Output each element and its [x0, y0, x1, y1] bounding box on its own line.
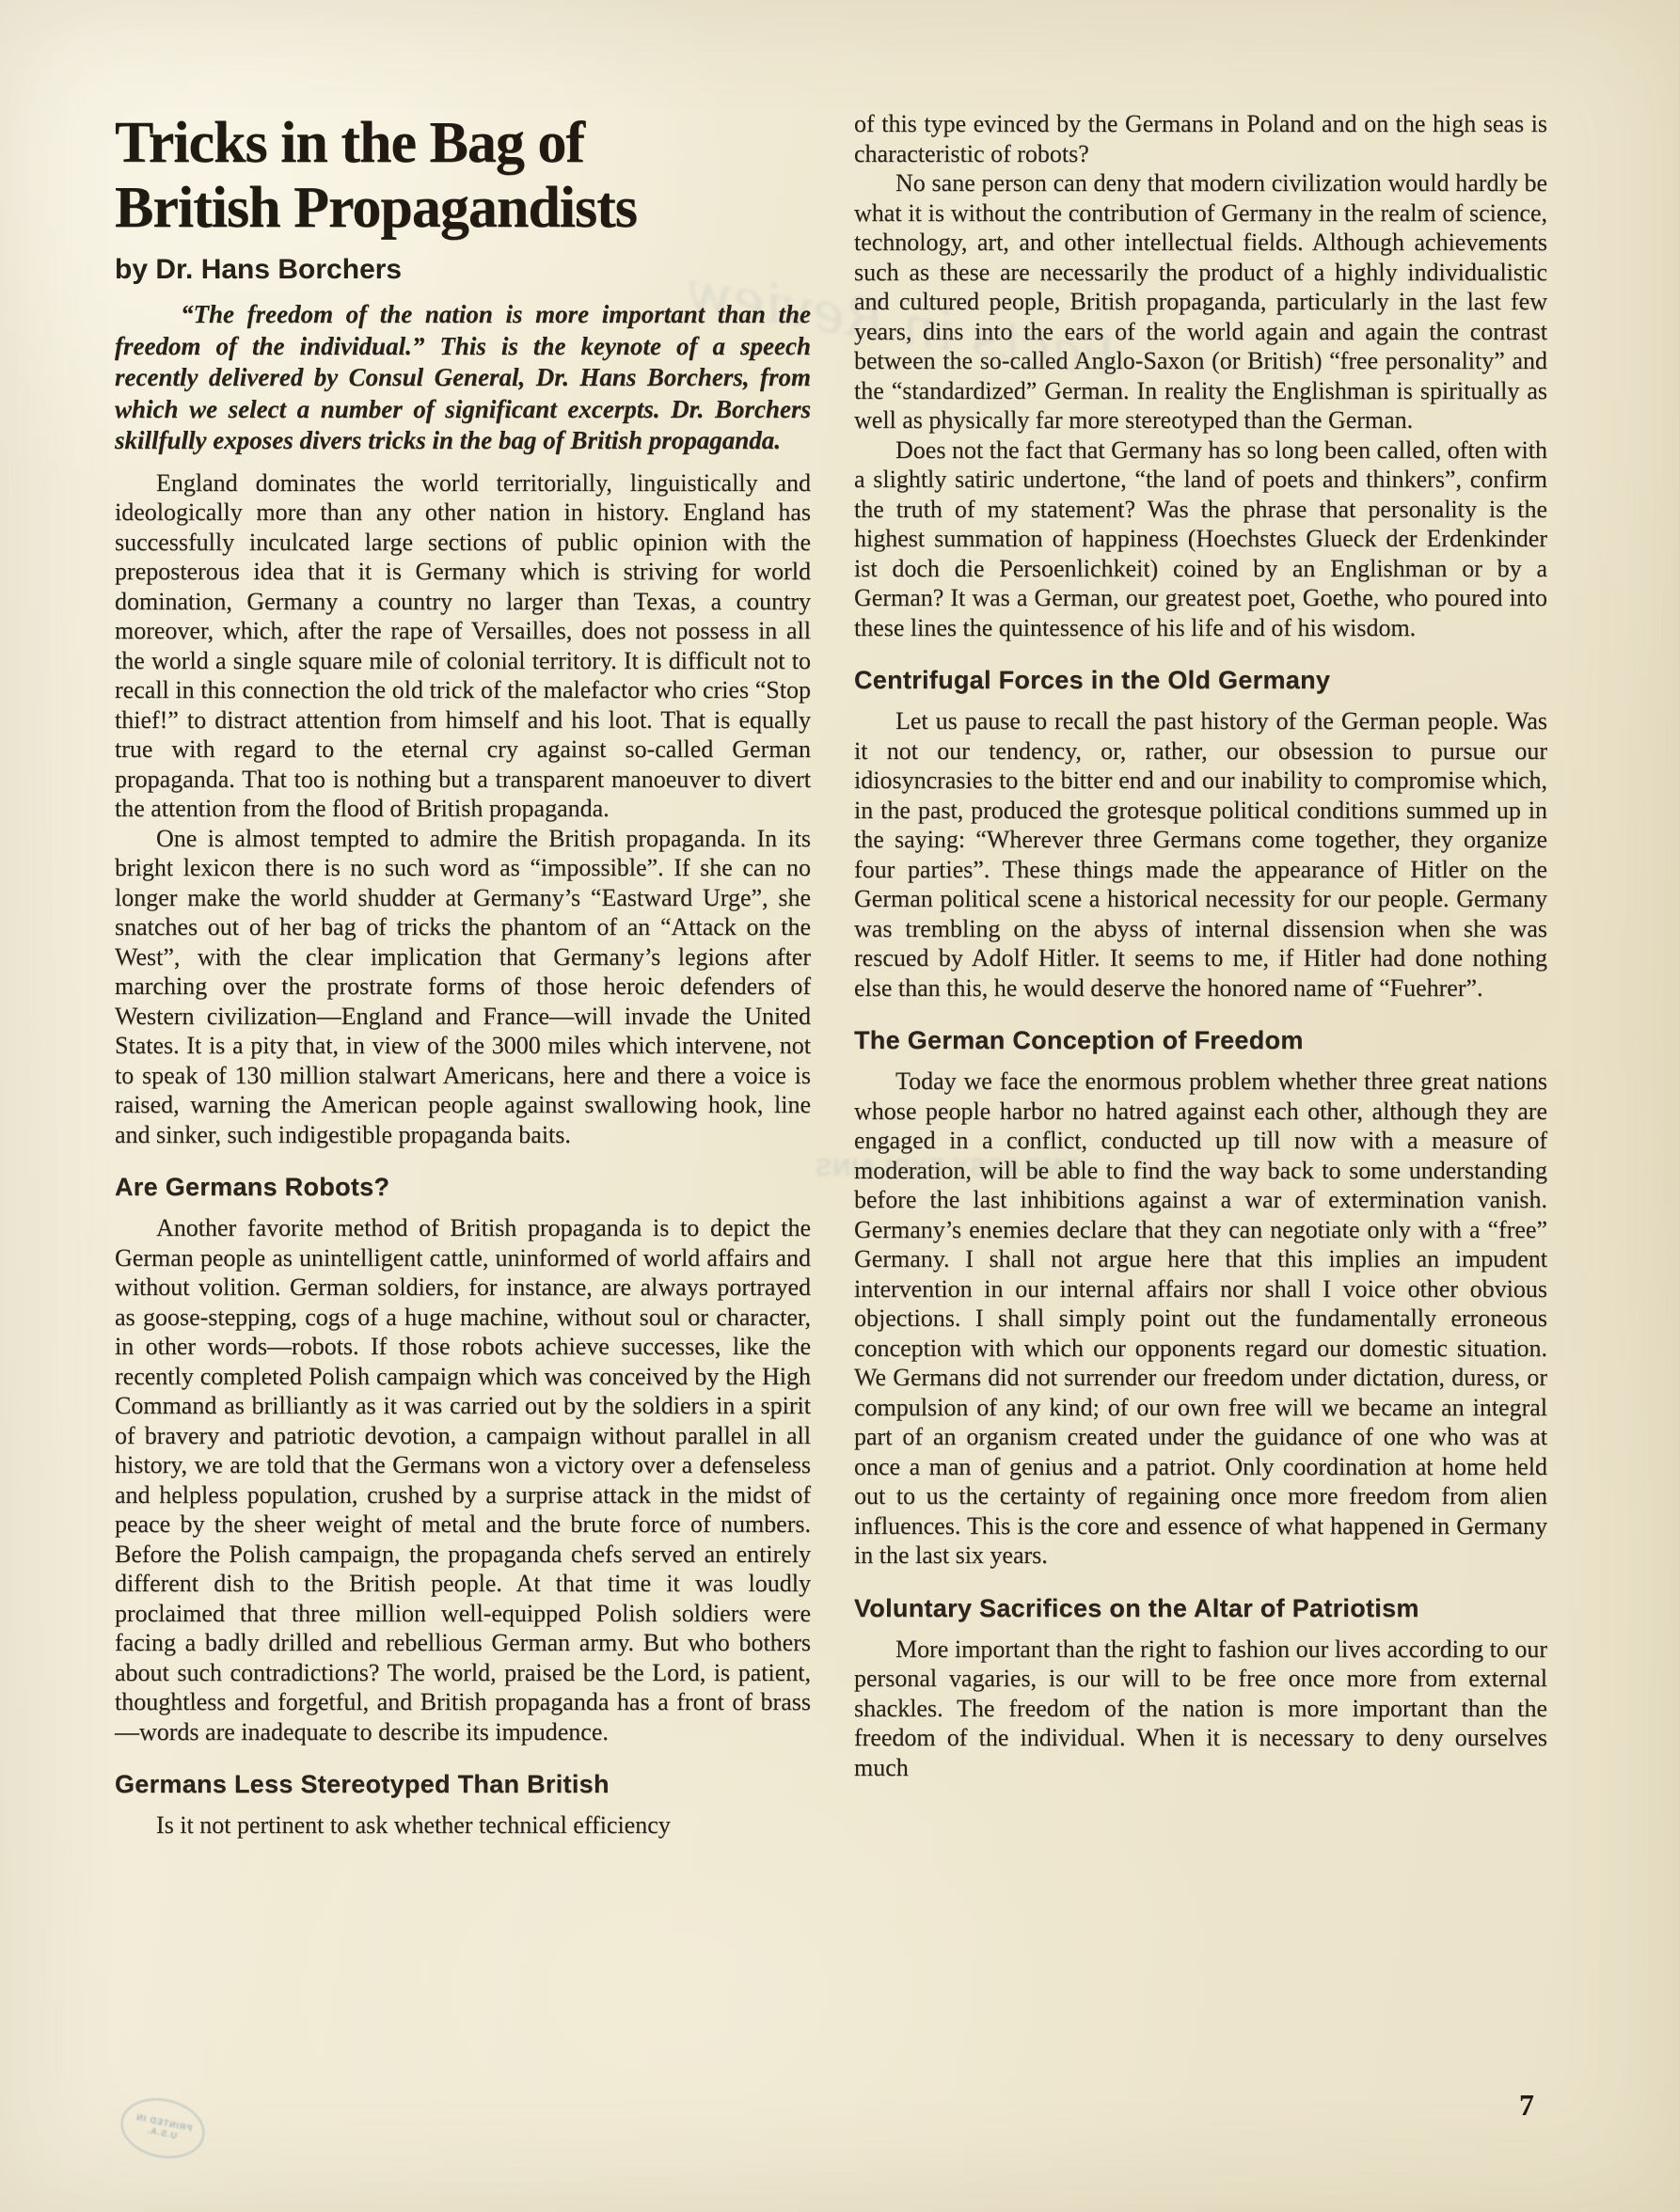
section-heading: Are Germans Robots? — [115, 1173, 811, 1202]
article-paragraph: England dominates the world territoriall… — [115, 468, 811, 824]
article-title-line2: British Propagandists — [115, 176, 637, 240]
section-heading: Germans Less Stereotyped Than British — [115, 1770, 811, 1799]
article-paragraph: Let us pause to recall the past history … — [854, 706, 1547, 1003]
scanned-document: { "page": { "number": "7" }, "article": … — [0, 0, 1679, 2212]
article-lede: “The freedom of the nation is more impor… — [115, 299, 811, 457]
right-column-flow: of this type evinced by the Germans in P… — [854, 109, 1547, 1782]
printers-stamp-text: PRINTED IN U.S.A. — [121, 2109, 205, 2146]
article-title-line1: Tricks in the Bag of — [115, 111, 584, 175]
article-paragraph: More important than the right to fashion… — [854, 1635, 1547, 1783]
section-heading: The German Conception of Freedom — [854, 1026, 1547, 1055]
article-paragraph: Another favorite method of British propa… — [115, 1213, 811, 1746]
page-number: 7 — [1519, 2088, 1534, 2123]
article-byline: by Dr. Hans Borchers — [115, 254, 811, 286]
left-column: Tricks in the Bag ofBritish Propagandist… — [115, 100, 811, 1841]
article-paragraph: One is almost tempted to admire the Brit… — [115, 824, 811, 1150]
right-column: of this type evinced by the Germans in P… — [854, 109, 1547, 1782]
section-heading: Centrifugal Forces in the Old Germany — [854, 666, 1547, 695]
printers-stamp: PRINTED IN U.S.A. — [116, 2091, 211, 2165]
magazine-page: Facts in Review EMBASSY EXPLAINS Tricks … — [0, 0, 1679, 2212]
left-column-flow: England dominates the world territoriall… — [115, 468, 811, 1841]
article-title: Tricks in the Bag ofBritish Propagandist… — [115, 111, 811, 241]
article-paragraph: Does not the fact that Germany has so lo… — [854, 435, 1547, 643]
article-paragraph: Today we face the enormous problem wheth… — [854, 1066, 1547, 1571]
section-heading: Voluntary Sacrifices on the Altar of Pat… — [854, 1594, 1547, 1623]
article-paragraph: Is it not pertinent to ask whether techn… — [115, 1810, 811, 1841]
article-paragraph: of this type evinced by the Germans in P… — [854, 109, 1547, 168]
article-paragraph: No sane person can deny that modern civi… — [854, 168, 1547, 435]
